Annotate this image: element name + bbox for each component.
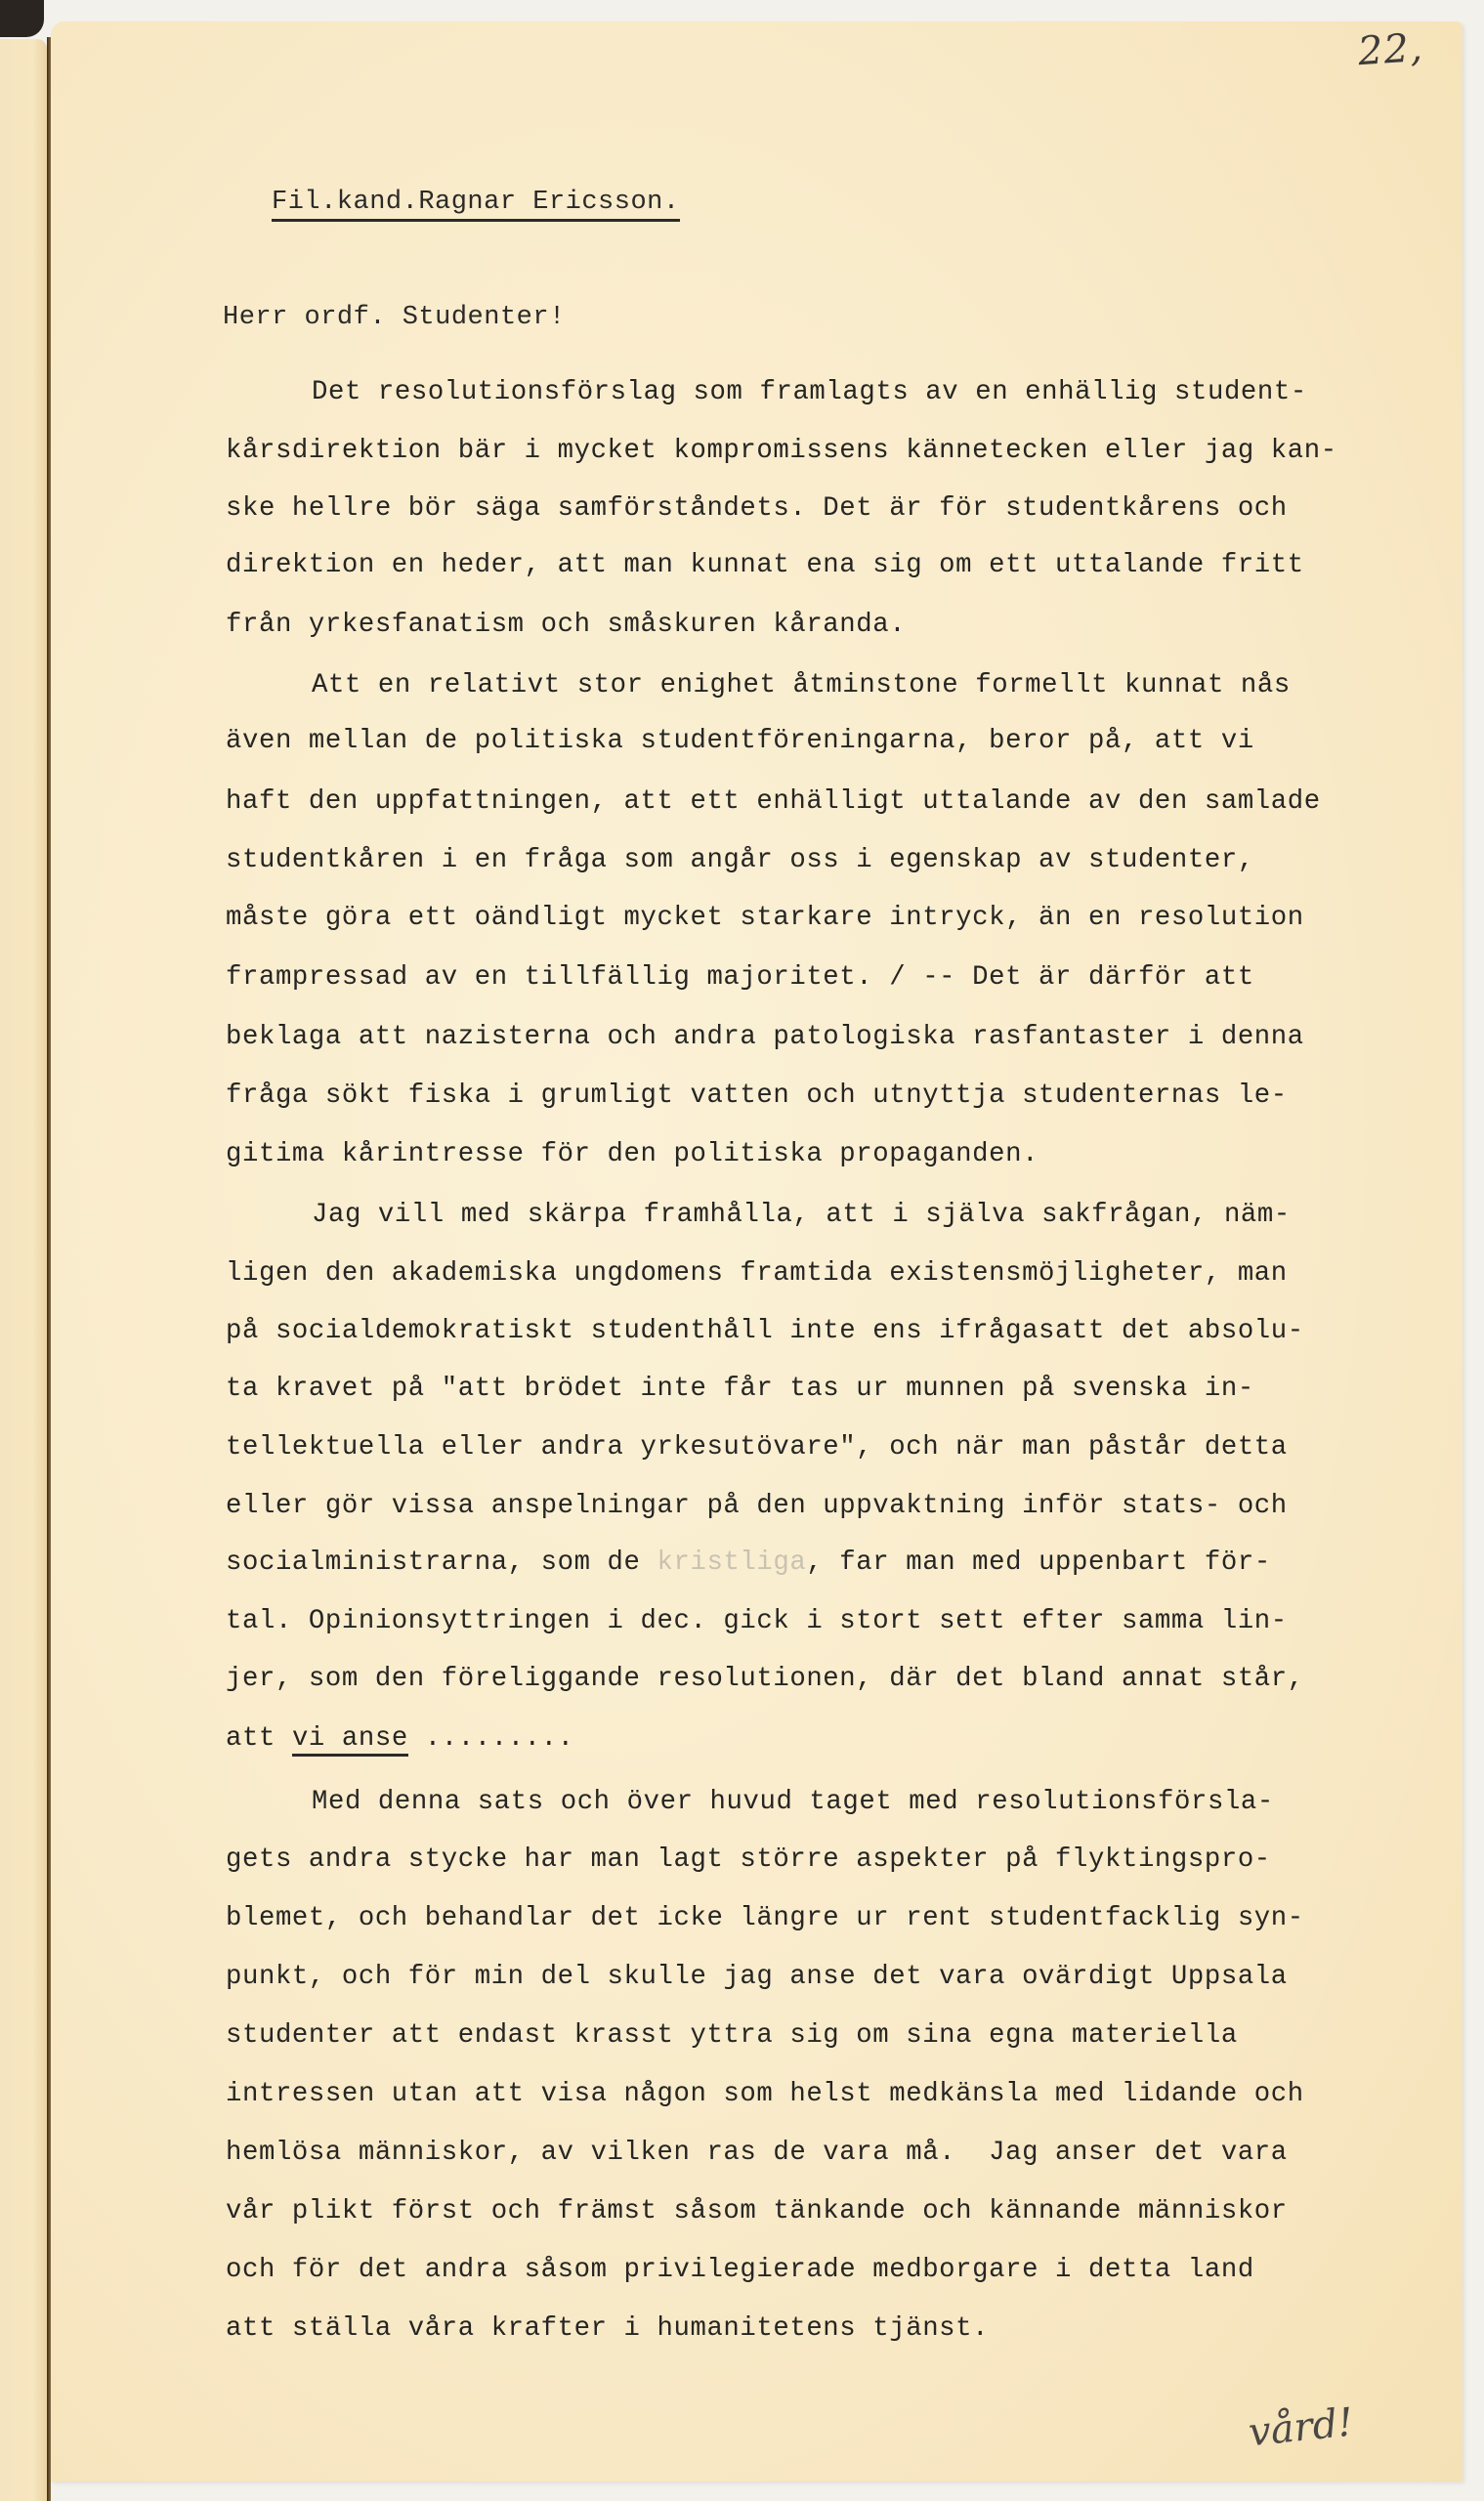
previous-page-edge: [0, 39, 47, 2501]
text-line: fråga sökt fiska i grumligt vatten och u…: [226, 1081, 1288, 1111]
text-line: från yrkesfanatism och småskuren kåranda…: [226, 610, 906, 640]
text-line: vår plikt först och främst såsom tänkand…: [226, 2196, 1288, 2226]
text-segment: , far man med uppenbart för-: [806, 1547, 1270, 1578]
handwritten-page-number: 22,: [1356, 25, 1424, 75]
text-line: hemlösa människor, av vilken ras de vara…: [226, 2138, 1288, 2168]
text-segment: .........: [408, 1723, 574, 1754]
text-line-with-underline: att vi anse .........: [226, 1723, 574, 1754]
text-line: att ställa våra krafter i humanitetens t…: [226, 2313, 989, 2344]
text-line: eller gör vissa anspelningar på den uppv…: [226, 1491, 1288, 1521]
erased-word: kristliga: [657, 1547, 807, 1578]
text-line: direktion en heder, att man kunnat ena s…: [226, 550, 1304, 580]
text-line: Att en relativt stor enighet åtminstone …: [312, 670, 1291, 700]
text-line: gitima kårintresse för den politiska pro…: [226, 1139, 1039, 1169]
underlined-phrase: vi anse: [292, 1723, 408, 1757]
text-line: kårsdirektion bär i mycket kompromissens…: [226, 436, 1337, 466]
text-line: intressen utan att visa någon som helst …: [226, 2079, 1304, 2109]
text-line: jer, som den föreliggande resolutionen, …: [226, 1664, 1304, 1694]
text-line-with-erasure: socialministrarna, som de kristliga, far…: [226, 1547, 1271, 1578]
text-line: ligen den akademiska ungdomens framtida …: [226, 1258, 1288, 1289]
text-line: blemet, och behandlar det icke längre ur…: [226, 1903, 1304, 1933]
text-line: måste göra ett oändligt mycket starkare …: [226, 903, 1304, 933]
text-line: tellektuella eller andra yrkesutövare", …: [226, 1432, 1288, 1462]
text-line: och för det andra såsom privilegierade m…: [226, 2255, 1254, 2285]
text-line: på socialdemokratiskt studenthåll inte e…: [226, 1316, 1304, 1346]
text-line: Jag vill med skärpa framhålla, att i sjä…: [312, 1200, 1291, 1230]
text-line: punkt, och för min del skulle jag anse d…: [226, 1962, 1288, 1992]
text-line: Det resolutionsförslag som framlagts av …: [312, 377, 1307, 407]
text-line: ske hellre bör säga samförståndets. Det …: [226, 493, 1288, 524]
text-segment: att: [226, 1723, 292, 1754]
scan-background-corner: [0, 0, 44, 37]
text-segment: socialministrarna, som de: [226, 1547, 657, 1578]
text-line: studenter att endast krasst yttra sig om…: [226, 2020, 1238, 2051]
text-line: ta kravet på "att brödet inte får tas ur…: [226, 1374, 1254, 1404]
text-line: gets andra stycke har man lagt större as…: [226, 1844, 1271, 1875]
text-line: beklaga att nazisterna och andra patolog…: [226, 1022, 1304, 1052]
text-line: studentkåren i en fråga som angår oss i …: [226, 845, 1254, 875]
salutation: Herr ordf. Studenter!: [223, 303, 566, 332]
text-line: även mellan de politiska studentförening…: [226, 726, 1254, 756]
text-line: frampressad av en tillfällig majoritet. …: [226, 962, 1254, 993]
speaker-title: Fil.kand.Ragnar Ericsson.: [272, 188, 680, 222]
text-line: haft den uppfattningen, att ett enhällig…: [226, 786, 1321, 817]
text-line: tal. Opinionsyttringen i dec. gick i sto…: [226, 1606, 1288, 1636]
text-line: Med denna sats och över huvud taget med …: [312, 1787, 1274, 1817]
